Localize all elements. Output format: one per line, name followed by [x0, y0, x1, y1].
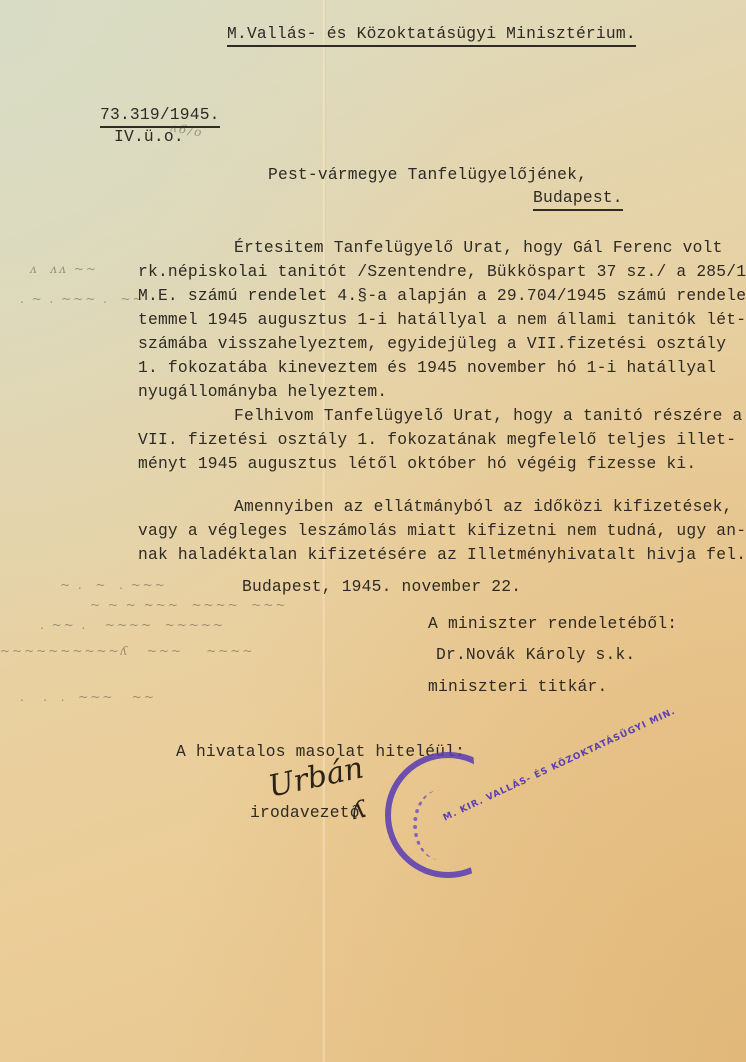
stamp-center-mark: [413, 790, 467, 860]
addressee-line: Pest-vármegye Tanfelügyelőjének,: [268, 165, 587, 185]
body-line: rk.népiskolai tanitót /Szentendre, Bükkö…: [138, 262, 746, 282]
signatory-title: miniszteri titkár.: [428, 677, 607, 697]
bleed-through-marks: . ~ . ~~~ . ~~: [20, 292, 145, 306]
body-line: VII. fizetési osztály 1. fokozatának meg…: [138, 430, 736, 450]
body-line: számába visszahelyeztem, egyidejüleg a V…: [138, 334, 726, 354]
signatory-name: Dr.Novák Károly s.k.: [436, 645, 635, 665]
body-line: vagy a végleges leszámolás miatt kifizet…: [138, 521, 746, 541]
place-date: Budapest, 1945. november 22.: [242, 577, 521, 597]
stamp-text: M. KIR. VALLÁS- ÉS KÖZOKTATÁSÜGYI MIN.: [442, 707, 677, 824]
body-line: 1. fokozatába kineveztem és 1945 novembe…: [138, 358, 716, 378]
bleed-through-marks: . ~~ . ~~~~ ~~~~~: [40, 618, 225, 632]
body-line: temmel 1945 augusztus 1-i hatállyal a ne…: [138, 310, 746, 330]
body-line: Amennyiben az ellátmányból az időközi ki…: [234, 497, 733, 517]
bleed-through-marks: ~ ~ ~ ~~~ ~~~~ ~~~: [90, 598, 287, 612]
body-line: M.E. számú rendelet 4.§-a alapján a 29.7…: [138, 286, 746, 306]
body-line: nyugállományba helyeztem.: [138, 382, 387, 402]
body-line: Felhivom Tanfelügyelő Urat, hogy a tanit…: [234, 406, 743, 426]
body-line: nak haladéktalan kifizetésére az Illetmé…: [138, 545, 746, 565]
ministry-heading: M.Vallás- és Közoktatásügyi Minisztérium…: [227, 24, 636, 47]
bleed-through-marks: ~ . ~ . ~~~: [60, 578, 167, 592]
body-line: Értesitem Tanfelügyelő Urat, hogy Gál Fe…: [234, 238, 723, 258]
addressee-city: Budapest.: [533, 188, 623, 211]
bleed-through-marks: ~~~~~~~~~~ʎ ~~~ ~~~~: [0, 644, 254, 658]
authority-line: A miniszter rendeletéből:: [428, 614, 677, 634]
body-line: ményt 1945 augusztus létől október hó vé…: [138, 454, 696, 474]
bleed-through-marks: . . . ~~~ ~~: [20, 690, 156, 704]
bleed-through-marks: ᴧ ᴧᴧ ~~: [30, 262, 98, 276]
